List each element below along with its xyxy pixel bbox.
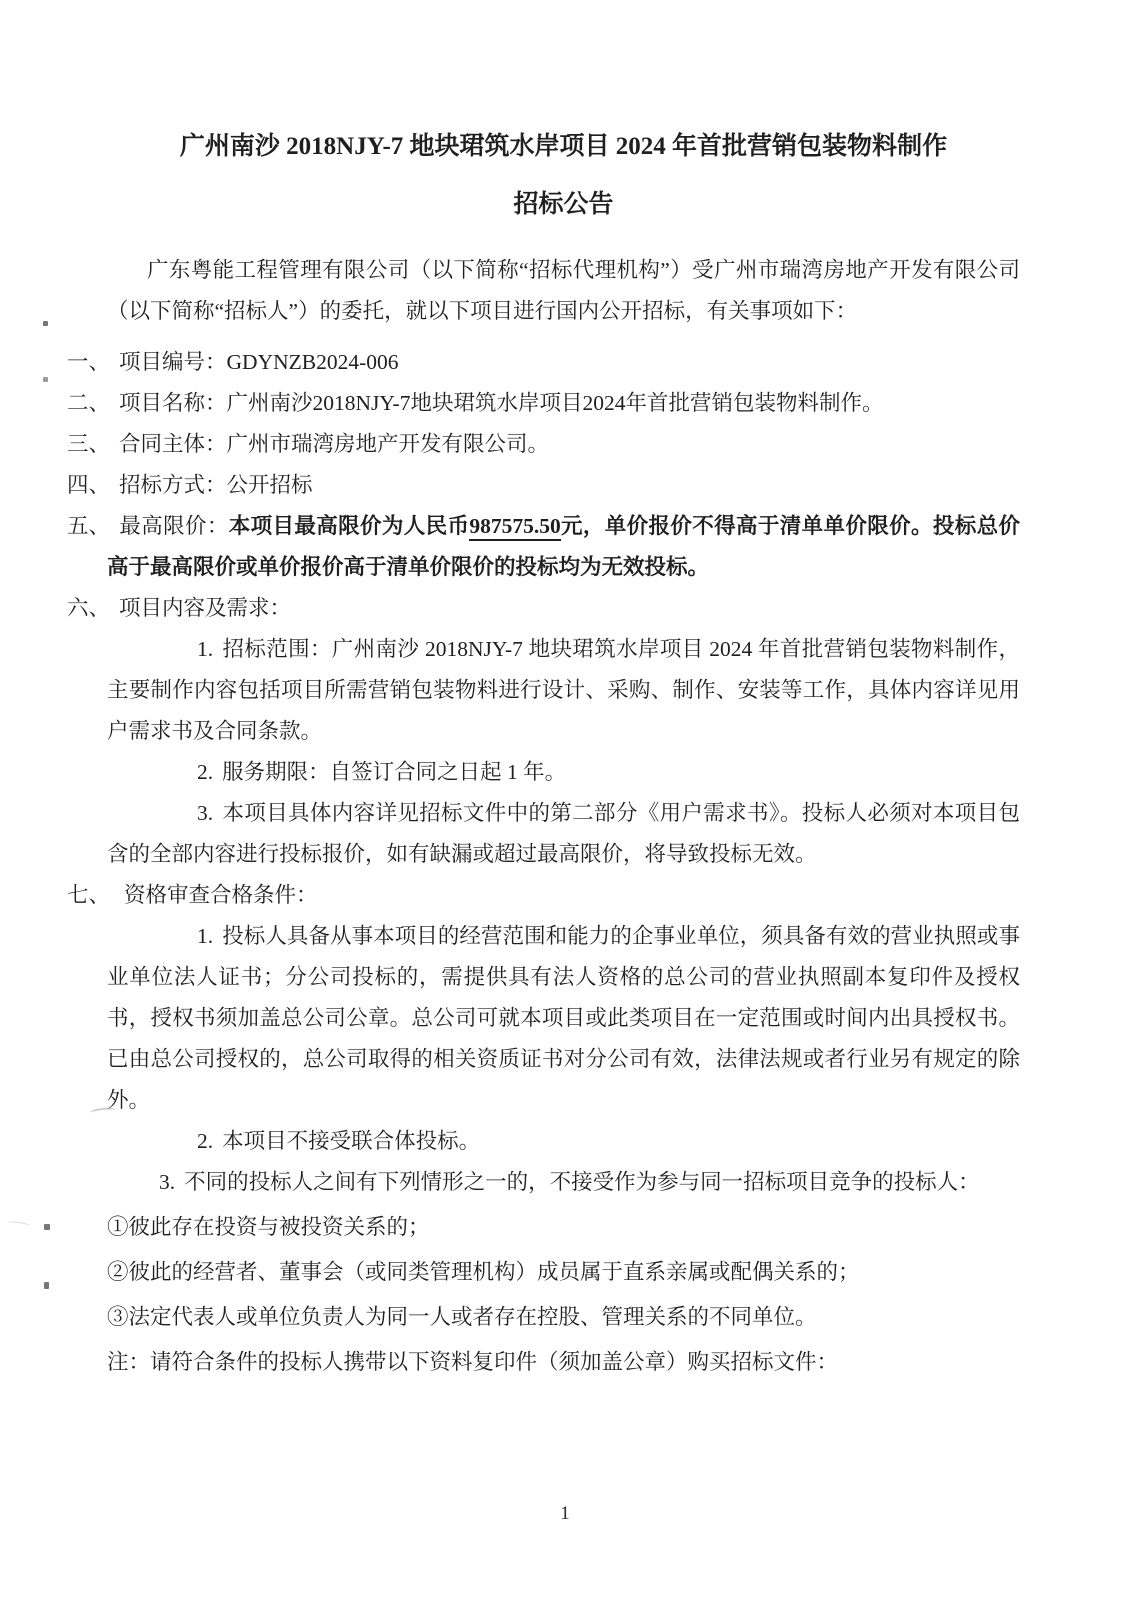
item-project-name: 二、项目名称：广州南沙2018NJY-7地块珺筑水岸项目2024年首批营销包装物… (107, 383, 1020, 424)
item-value: 公开招标 (227, 473, 313, 497)
item-label: 项目编号： (119, 350, 227, 374)
scan-speck (44, 1224, 50, 1230)
subitem-text: 服务期限：自签订合同之日起 1 年。 (222, 760, 566, 784)
item-number: 七、 (67, 875, 124, 916)
item-label: 项目内容及需求： (119, 596, 291, 620)
subitem-number: 2. (197, 760, 213, 784)
item-number: 六、 (67, 588, 119, 629)
scan-speck (43, 377, 48, 382)
document-body: 广州南沙 2018NJY-7 地块珺筑水岸项目 2024 年首批营销包装物料制作… (107, 0, 1020, 1383)
item-label: 项目名称： (119, 391, 227, 415)
clause-same-representative: ③法定代表人或单位负责人为同一人或者存在控股、管理关系的不同单位。 (107, 1297, 1020, 1338)
item-value: 广州市瑞湾房地产开发有限公司。 (227, 432, 550, 456)
item-label: 合同主体： (119, 432, 227, 456)
subitem-number: 3. (197, 801, 213, 825)
item-number: 五、 (67, 506, 119, 547)
item-number: 二、 (67, 383, 119, 424)
subitem-scope: 1.招标范围：广州南沙 2018NJY-7 地块珺筑水岸项目 2024 年首批营… (107, 629, 1020, 752)
item-list: 一、项目编号：GDYNZB2024-006 二、项目名称：广州南沙2018NJY… (107, 342, 1020, 1383)
subitem-number: 1. (197, 637, 213, 661)
item-tender-method: 四、招标方式：公开招标 (107, 465, 1020, 506)
item-number: 四、 (67, 465, 119, 506)
subitem-text: 不同的投标人之间有下列情形之一的，不接受作为参与同一招标项目竞争的投标人： (184, 1170, 980, 1194)
subitem-text: 本项目不接受联合体投标。 (222, 1129, 480, 1153)
scan-speck (43, 321, 48, 326)
item-project-number: 一、项目编号：GDYNZB2024-006 (107, 342, 1020, 383)
item-number: 一、 (67, 342, 119, 383)
max-price-clause: 本项目最高限价为人民币 (229, 514, 470, 538)
subitem-service-term: 2.服务期限：自签订合同之日起 1 年。 (107, 752, 1020, 793)
item-number: 三、 (67, 424, 119, 465)
subitem-number: 3. (159, 1170, 175, 1194)
document-subtitle: 招标公告 (107, 186, 1020, 224)
subitem-no-consortium: 2.本项目不接受联合体投标。 (107, 1121, 1020, 1162)
subitem-details: 3.本项目具体内容详见招标文件中的第二部分《用户需求书》。投标人必须对本项目包含… (107, 793, 1020, 875)
item-label: 最高限价： (119, 514, 229, 538)
clause-investment-relation: ①彼此存在投资与被投资关系的； (107, 1207, 1020, 1248)
subitem-text: 本项目具体内容详见招标文件中的第二部分《用户需求书》。投标人必须对本项目包含的全… (107, 801, 1020, 866)
item-max-price: 五、最高限价：本项目最高限价为人民币987575.50元，单价报价不得高于清单单… (107, 506, 1020, 588)
max-price-value: 987575.50 (469, 514, 560, 541)
subitem-text: 招标范围：广州南沙 2018NJY-7 地块珺筑水岸项目 2024 年首批营销包… (107, 637, 1020, 743)
item-project-content: 六、项目内容及需求： (107, 588, 1020, 629)
document-title: 广州南沙 2018NJY-7 地块珺筑水岸项目 2024 年首批营销包装物料制作 (107, 128, 1020, 166)
subitem-conflict: 3.不同的投标人之间有下列情形之一的，不接受作为参与同一招标项目竞争的投标人： (107, 1162, 1020, 1203)
subitem-number: 2. (197, 1129, 213, 1153)
subitem-qualification-1: 1.投标人具备从事本项目的经营范围和能力的企事业单位，须具备有效的营业执照或事业… (107, 916, 1020, 1121)
note-line: 注：请符合条件的投标人携带以下资料复印件（须加盖公章）购买招标文件： (107, 1342, 1020, 1383)
scan-speck (44, 1282, 49, 1289)
subitem-text: 投标人具备从事本项目的经营范围和能力的企事业单位，须具备有效的营业执照或事业单位… (107, 924, 1020, 1112)
intro-paragraph: 广东粤能工程管理有限公司（以下简称“招标代理机构”）受广州市瑞湾房地产开发有限公… (107, 250, 1020, 332)
scan-artifact (8, 1220, 30, 1228)
page-number: 1 (0, 1503, 1130, 1525)
item-label: 资格审查合格条件： (124, 883, 318, 907)
clause-family-relation: ②彼此的经营者、董事会（或同类管理机构）成员属于直系亲属或配偶关系的； (107, 1252, 1020, 1293)
item-contract-subject: 三、合同主体：广州市瑞湾房地产开发有限公司。 (107, 424, 1020, 465)
subitem-number: 1. (197, 924, 213, 948)
scanned-document-page: 广州南沙 2018NJY-7 地块珺筑水岸项目 2024 年首批营销包装物料制作… (0, 0, 1130, 1600)
item-value: GDYNZB2024-006 (227, 350, 399, 374)
item-label: 招标方式： (119, 473, 227, 497)
item-value: 广州南沙2018NJY-7地块珺筑水岸项目2024年首批营销包装物料制作。 (227, 391, 884, 415)
item-qualification: 七、资格审查合格条件： (107, 875, 1020, 916)
